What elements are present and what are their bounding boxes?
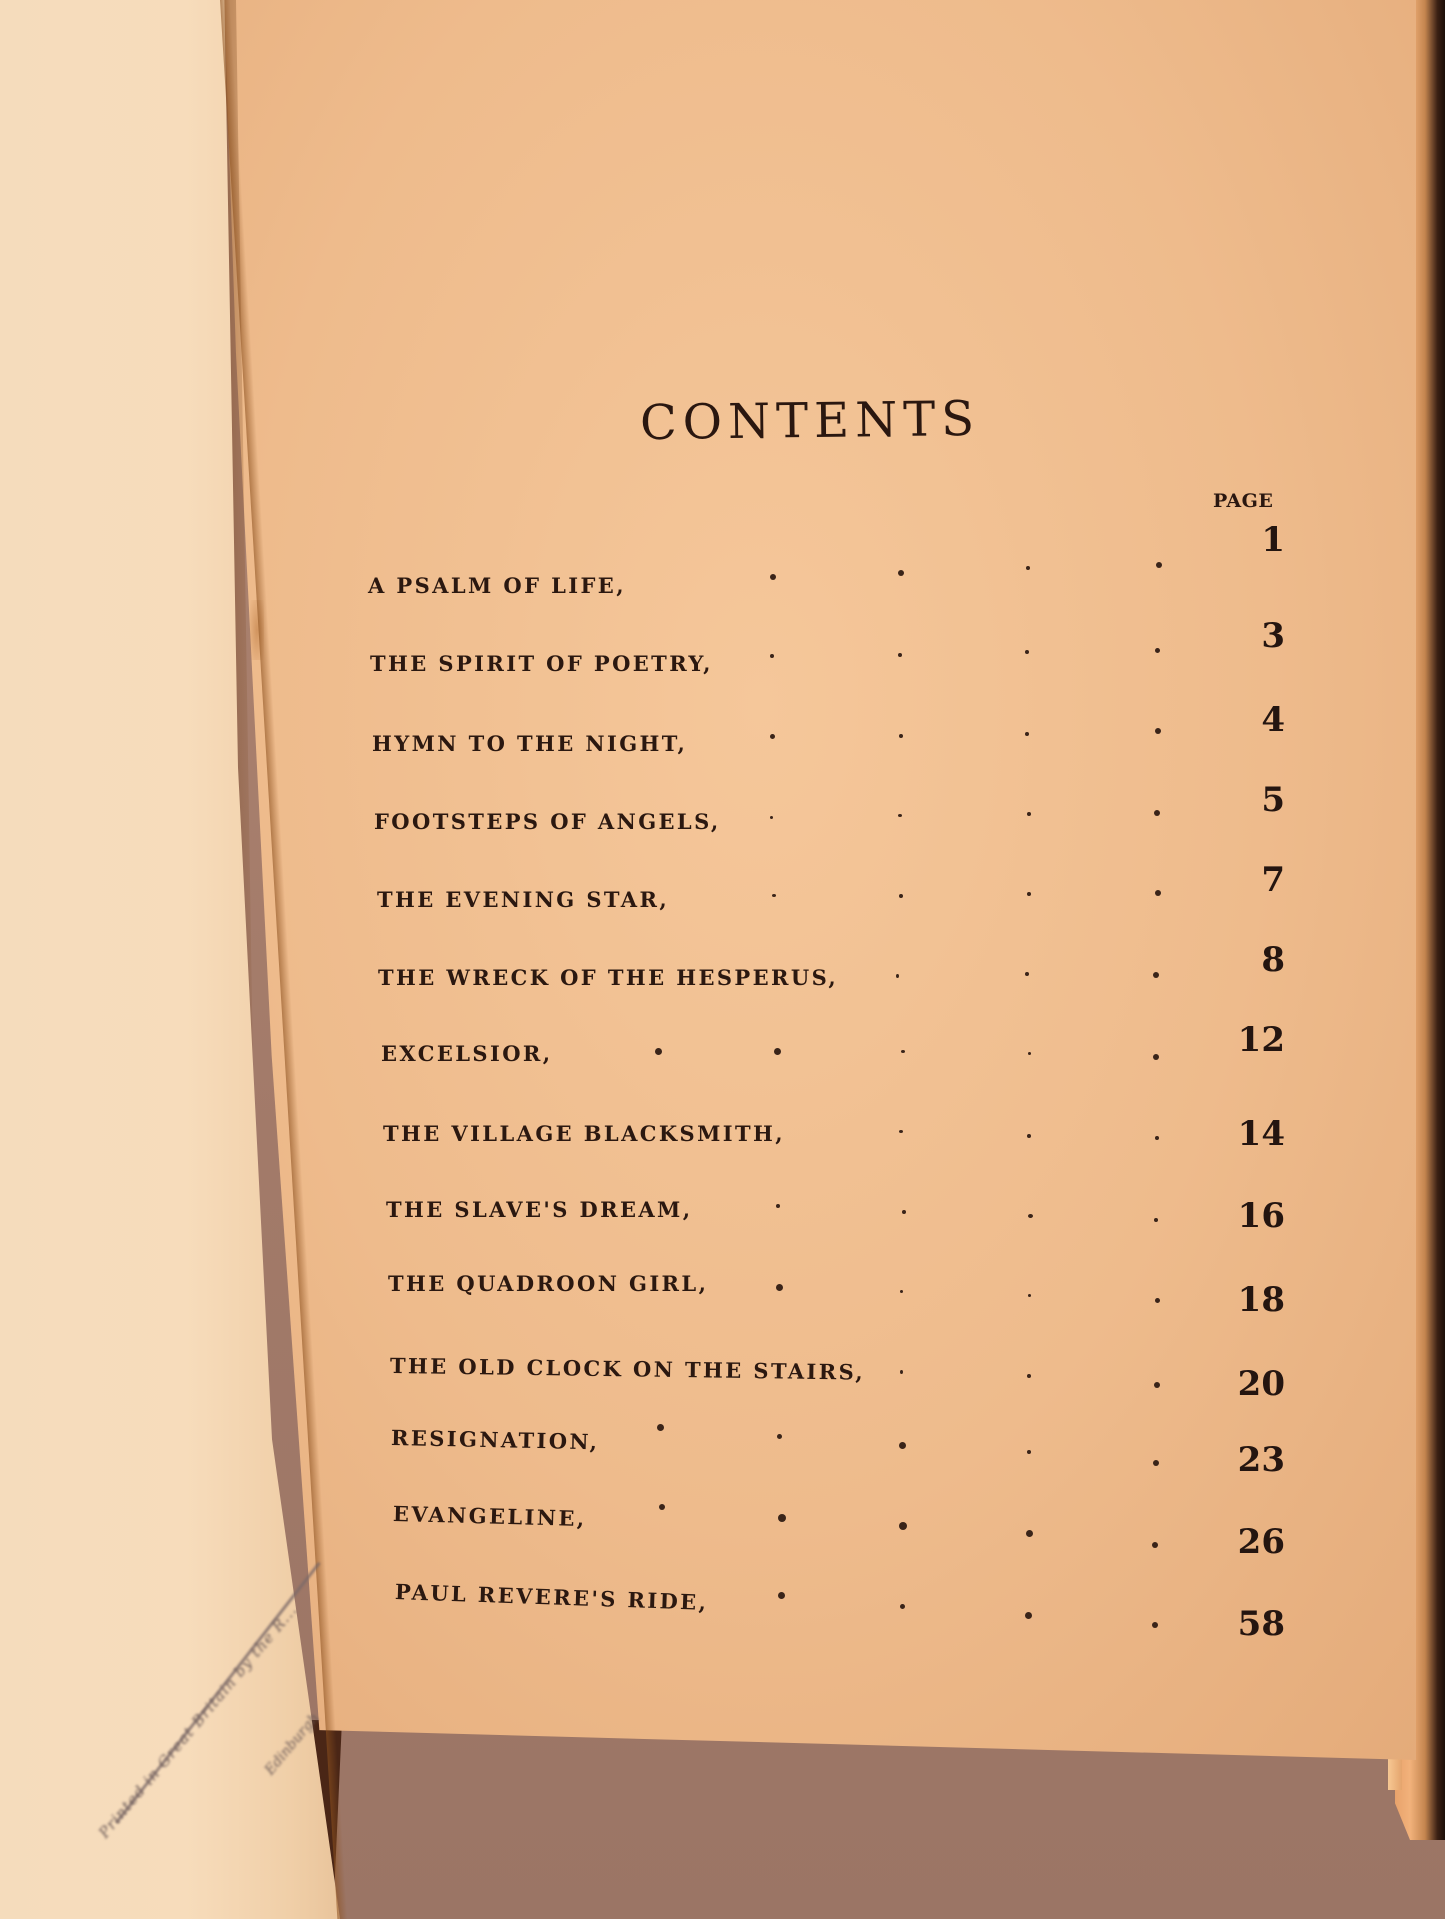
leader-dot (900, 1370, 903, 1374)
leader-dot (901, 1050, 905, 1053)
leader-dot (1025, 732, 1029, 736)
toc-entry-page: 3 (1261, 616, 1285, 656)
toc-entry: RESIGNATION, 23 (391, 1384, 1285, 1434)
toc-entry-title: HYMN TO THE NIGHT, (372, 731, 687, 756)
leader-dot (777, 1434, 782, 1439)
toc-entry-title: THE WRECK OF THE HESPERUS, (378, 965, 838, 990)
leader-dot (770, 734, 775, 739)
toc-entry-page: 7 (1261, 860, 1285, 900)
toc-entry: THE OLD CLOCK ON THE STAIRS, 20 (390, 1310, 1285, 1360)
toc-entry: FOOTSTEPS OF ANGELS, 5 (374, 778, 1285, 828)
toc-entry: THE EVENING STAR, 7 (377, 856, 1285, 906)
leader-dot (1025, 1612, 1032, 1619)
leader-dot (1155, 890, 1161, 896)
leader-dot (776, 1204, 780, 1208)
leader-dot (1155, 648, 1160, 653)
leader-dot (899, 1442, 906, 1449)
toc-entry-title: THE VILLAGE BLACKSMITH, (383, 1121, 785, 1146)
leader-dot (1025, 972, 1029, 976)
page-column-label: PAGE (1213, 490, 1273, 512)
leader-dot (1153, 1054, 1159, 1060)
leader-dot (770, 574, 776, 580)
leader-dot (898, 570, 904, 576)
toc-entry-title: A PSALM OF LIFE, (368, 573, 626, 598)
leader-dot (778, 1592, 785, 1599)
leader-dot (900, 1290, 903, 1293)
toc-entry-title: EXCELSIOR, (381, 1041, 552, 1066)
leader-dot (899, 1522, 907, 1530)
toc-entry: EXCELSIOR, 12 (381, 1008, 1285, 1058)
leader-dot (1027, 1134, 1031, 1138)
toc-entry-page: 4 (1261, 700, 1285, 740)
toc-entry-title: RESIGNATION, (391, 1425, 600, 1454)
toc-entry-title: THE QUADROON GIRL, (388, 1271, 708, 1296)
toc-entry: THE SLAVE'S DREAM, 16 (386, 1160, 1285, 1210)
leader-dot (770, 816, 773, 819)
leader-dot (1028, 1214, 1033, 1218)
leader-dot (1154, 1218, 1158, 1222)
toc-entry-page: 12 (1238, 1020, 1285, 1060)
leader-dot (1025, 650, 1029, 654)
toc-entry: THE WRECK OF THE HESPERUS, 8 (378, 932, 1285, 982)
toc-entry-title: FOOTSTEPS OF ANGELS, (374, 809, 721, 834)
toc-entry-title: THE SPIRIT OF POETRY, (370, 651, 713, 676)
toc-entry: THE VILLAGE BLACKSMITH, 14 (383, 1084, 1285, 1134)
leader-dot (1155, 1298, 1160, 1303)
leader-dot (1027, 892, 1031, 896)
leader-dot (899, 1130, 903, 1133)
toc-entry-title: THE EVENING STAR, (377, 887, 669, 912)
leader-dot (1027, 812, 1031, 816)
leader-dot (774, 1048, 781, 1055)
toc-entry: A PSALM OF LIFE, 1 (368, 540, 1285, 590)
leader-dot (1154, 810, 1160, 816)
leader-dot (770, 654, 774, 658)
leader-dot (902, 1210, 906, 1214)
leader-dot (659, 1504, 665, 1510)
toc-entry-page: 16 (1238, 1196, 1285, 1236)
leader-dot (899, 734, 903, 738)
leader-dot (1026, 566, 1030, 570)
leader-dot (1156, 562, 1162, 568)
toc-entry: HYMN TO THE NIGHT, 4 (372, 700, 1285, 750)
leader-dot (657, 1424, 664, 1431)
page-title: CONTENTS (640, 391, 981, 451)
toc-entry-title: EVANGELINE, (393, 1501, 587, 1531)
toc-entry: EVANGELINE, 26 (393, 1460, 1285, 1510)
leader-dot (899, 894, 903, 898)
leader-dot (1028, 1294, 1031, 1297)
toc-entry: THE SPIRIT OF POETRY, 3 (370, 620, 1285, 670)
leader-dot (778, 1514, 786, 1522)
toc-entry-page: 58 (1238, 1604, 1285, 1644)
leader-dot (1152, 1622, 1158, 1628)
toc-entry-page: 8 (1261, 940, 1285, 980)
leader-dot (898, 653, 902, 657)
leader-dot (900, 1604, 905, 1609)
leader-dot (1028, 1052, 1031, 1055)
toc-entry-title: THE SLAVE'S DREAM, (386, 1197, 692, 1222)
leader-dot (776, 1284, 783, 1291)
toc-entry-page: 5 (1261, 780, 1285, 820)
leader-dot (1155, 728, 1161, 734)
leader-dot (1027, 1450, 1031, 1454)
leader-dot (896, 974, 899, 978)
toc-entry-page: 14 (1238, 1114, 1285, 1154)
leader-dot (1155, 1136, 1159, 1140)
toc-entry-page: 1 (1261, 520, 1285, 560)
leader-dot (898, 814, 902, 817)
toc-entry: PAUL REVERE'S RIDE, 58 (395, 1536, 1285, 1586)
leader-dot (1153, 972, 1159, 978)
toc-entry: THE QUADROON GIRL, 18 (388, 1234, 1285, 1284)
leader-dot (655, 1048, 662, 1055)
leader-dot (1027, 1374, 1031, 1378)
leader-dot (772, 894, 776, 897)
